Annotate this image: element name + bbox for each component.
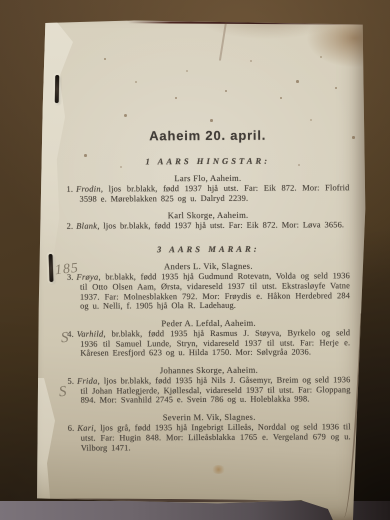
entry-details: , ljos br.blakk, fødd 1937 hjå utst. Far… [97,221,344,231]
entry-number: 3. [67,273,74,282]
exhibitor-name: Anders L. Vik, Slagnes. [67,260,350,271]
page-top-edge [128,21,366,25]
foxing-spot [210,119,213,122]
page-title: Aaheim 20. april. [66,127,349,143]
catalog-entry: 5.Frida, ljos br.blakk, fødd 1935 hjå Ni… [67,375,350,406]
foxing-spot [135,81,137,83]
catalog-entry: 3.Frøya, br.blakk, fødd 1935 hjå Gudmund… [67,271,350,311]
foxing-spot [310,119,312,121]
exhibitor-name: Johannes Skorge, Aaheim. [67,364,350,375]
staple-icon [55,75,59,103]
entry-number: 1. [66,185,73,194]
entry-details: , ljos br.blakk, fødd 1937 hjå utst. Far… [79,183,349,203]
catalog-entry: 4.Varhild, br.blakk, fødd 1935 hjå Rasmu… [67,328,350,359]
horse-name: Frøya [77,273,99,282]
foxing-spot [250,60,252,62]
exhibitor-name: Lars Flo, Aaheim. [66,172,349,183]
foxing-spot [225,90,227,92]
foxing-spot [320,56,322,58]
horse-name: Frodin [76,185,101,194]
foxing-spot [296,80,299,83]
catalogue-content: Aaheim 20. april. 1 AARS HINGSTAR: Lars … [66,127,351,453]
exhibitor-name: Severin M. Vik, Slagnes. [68,411,351,422]
exhibitor-name: Karl Skorge, Aaheim. [67,210,350,221]
horse-name: Blank [76,222,97,231]
entry-number: 2. [67,222,74,231]
horse-name: Kari [77,424,94,433]
foxing-spot [124,114,127,117]
entry-number: 6. [68,424,75,433]
booklet-page: 185 S S Aaheim 20. april. 1 AARS HINGSTA… [34,18,368,520]
entry-details: , ljos grå, fødd 1935 hjå Ingebrigt Lill… [81,422,351,452]
entry-details: , br.blakk, fødd 1935 hjå Gudmund Roteva… [80,271,350,311]
foxing-spot [352,136,355,139]
ink-stain [211,465,226,474]
entry-number: 4. [67,330,74,339]
catalog-entry: 6.Kari, ljos grå, fødd 1935 hjå Ingebrig… [68,422,351,453]
catalog-entry: 1.Frodin, ljos br.blakk, fødd 1937 hjå u… [66,183,349,204]
entry-details: , ljos br.blakk, fødd 1935 hjå Nils J. G… [81,375,351,405]
catalog-entry: 2.Blank, ljos br.blakk, fødd 1937 hjå ut… [67,221,350,232]
foxing-spot [104,58,106,60]
horse-name: Varhild [77,329,104,338]
entry-details: , br.blakk, fødd 1935 hjå Rasmus J. Støy… [80,328,350,358]
horse-name: Frida [77,377,98,386]
foxing-spot [280,97,282,99]
foxing-spot [175,97,177,99]
entry-number: 5. [67,377,74,386]
paper-crease [219,21,227,61]
foxing-spot [186,70,188,72]
section-heading-hingstar: 1 AARS HINGSTAR: [66,155,349,166]
photo-scene: 185 S S Aaheim 20. april. 1 AARS HINGSTA… [0,0,390,520]
section-heading-marar: 3 AARS MARAR: [67,243,350,254]
foxing-spot [335,87,337,89]
exhibitor-name: Peder A. Lefdal, Aaheim. [67,317,350,328]
